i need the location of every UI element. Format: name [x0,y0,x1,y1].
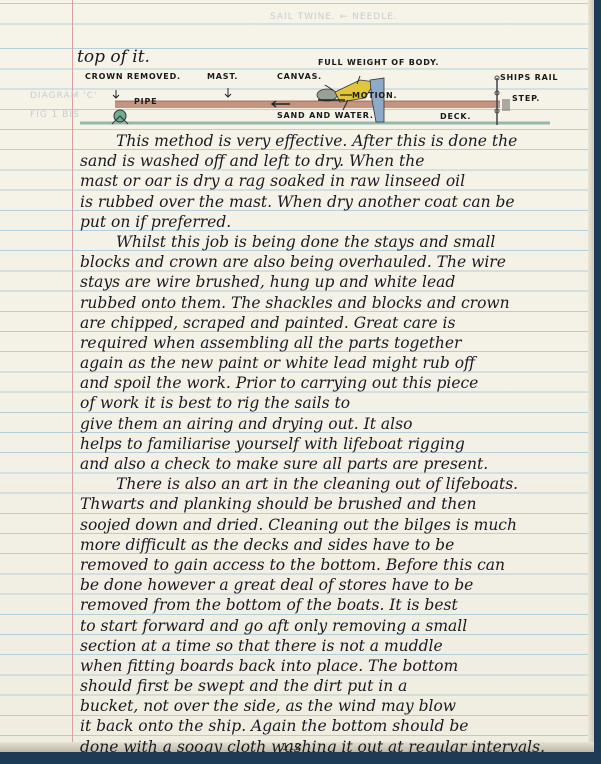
text-line: This method is very effective. After thi… [80,131,590,151]
text-line: bucket, not over the side, as the wind m… [80,696,590,716]
text-line: rubbed onto them. The shackles and block… [80,293,590,313]
text-line: soojed down and dried. Cleaning out the … [80,515,590,535]
text-line: helps to familiarise yourself with lifeb… [80,434,590,454]
label-ships-rail: SHIPS RAIL [500,73,558,82]
text-line: of work it is best to rig the sails to [80,393,590,413]
label-deck: DECK. [440,112,471,121]
text-line: removed to gain access to the bottom. Be… [80,555,590,575]
text-line: to start forward and go aft only removin… [80,616,590,636]
label-mast: MAST. [207,72,238,81]
label-crown-removed: CROWN REMOVED. [85,72,181,81]
label-step: STEP. [512,94,540,103]
text-line: There is also an art in the cleaning out… [80,474,590,494]
text-line: section at a time so that there is not a… [80,636,590,656]
text-line: Whilst this job is being done the stays … [80,232,590,252]
text-line: more difficult as the decks and sides ha… [80,535,590,555]
text-line: stays are wire brushed, hung up and whit… [80,272,590,292]
label-sand-and-water: SAND AND WATER. [277,111,374,120]
text-line: when fitting boards back into place. The… [80,656,590,676]
handwritten-body: This method is very effective. After thi… [80,131,590,752]
page-number: 112 [282,742,301,752]
text-line: put on if preferred. [80,212,590,232]
text-line: mast or oar is dry a rag soaked in raw l… [80,171,590,191]
top-fragment: top of it. [77,47,150,67]
text-line: be done however a great deal of stores h… [80,575,590,595]
label-canvas: CANVAS. [277,72,322,81]
text-line: is rubbed over the mast. When dry anothe… [80,192,590,212]
text-line: sand is washed off and left to dry. When… [80,151,590,171]
text-line: again as the new paint or white lead mig… [80,353,590,373]
label-motion: MOTION. [352,91,397,100]
text-line: should first be swept and the dirt put i… [80,676,590,696]
text-line: required when assembling all the parts t… [80,333,590,353]
text-line: blocks and crown are also being overhaul… [80,252,590,272]
text-line: done with a soogy cloth washing it out a… [80,737,590,752]
text-line: and spoil the work. Prior to carrying ou… [80,373,590,393]
text-line: it back onto the ship. Again the bottom … [80,716,590,736]
notebook-page: SAIL TWINE. ← NEEDLE. DIAGRAM 'C' FIG 1 … [0,0,594,752]
text-line: Thwarts and planking should be brushed a… [80,494,590,514]
text-line: and also a check to make sure all parts … [80,454,590,474]
label-full-weight: FULL WEIGHT OF BODY. [318,58,439,67]
text-line: are chipped, scraped and painted. Great … [80,313,590,333]
text-line: removed from the bottom of the boats. It… [80,595,590,615]
text-line: give them an airing and drying out. It a… [80,414,590,434]
label-pipe: PIPE [134,97,157,106]
